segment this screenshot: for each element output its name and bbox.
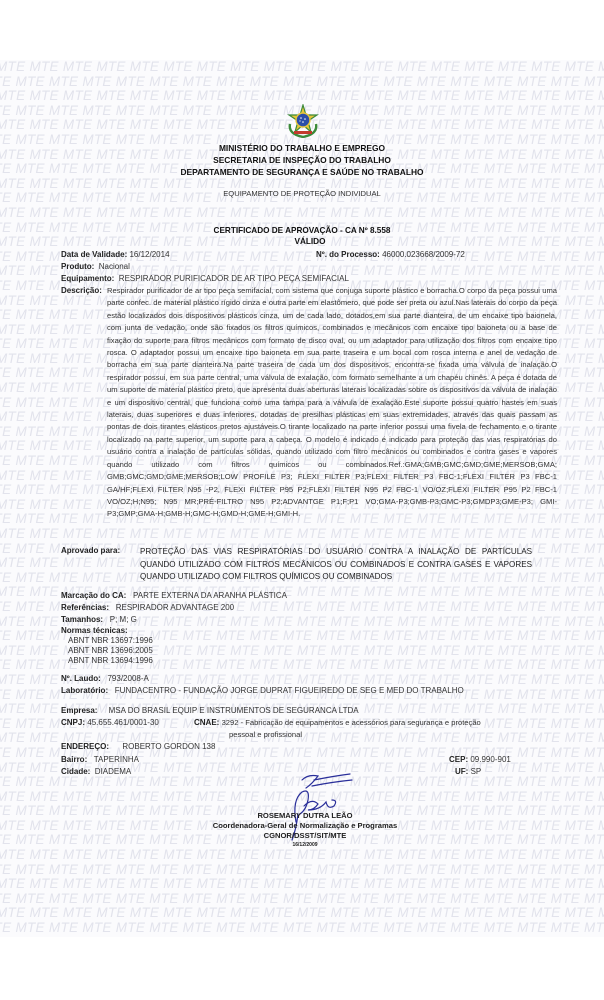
marking-label: Marcação do CA: [61, 591, 126, 600]
description-label: Descrição: [61, 286, 102, 295]
brazil-coat-of-arms-icon [286, 104, 320, 138]
process-label: Nº. do Processo: [316, 250, 380, 259]
lab-field: Laboratório: FUNDACENTRO - FUNDAÇÃO JORG… [61, 686, 464, 695]
product-value: Nacional [99, 262, 130, 271]
signatory-role: Coordenadora-Geral de Normalização e Pro… [180, 821, 430, 830]
signatory-unit: CGNOR/DSST/SIT/MTE [180, 831, 430, 840]
company-value: MSA DO BRASIL EQUIP E INSTRUMENTOS DE SE… [109, 706, 359, 715]
references-field: Referências: RESPIRADOR ADVANTAGE 200 [61, 603, 234, 612]
cnpj-label: CNPJ: [61, 718, 85, 727]
city-value: DIADEMA [95, 767, 131, 776]
process-value: 46000.023668/2009-72 [382, 250, 465, 259]
certificate-document: MINISTÉRIO DO TRABALHO E EMPREGO SECRETA… [0, 0, 604, 1000]
references-value: RESPIRADOR ADVANTAGE 200 [116, 603, 234, 612]
document-subtitle: EQUIPAMENTO DE PROTEÇÃO INDIVIDUAL [0, 189, 604, 198]
signature-date: 16/12/2009 [180, 842, 430, 848]
certificate-status: VÁLIDO [8, 237, 604, 246]
lab-value: FUNDACENTRO - FUNDAÇÃO JORGE DUPRAT FIGU… [115, 686, 464, 695]
equipment-field: Equipamento: RESPIRADOR PURIFICADOR DE A… [61, 274, 349, 283]
department-name: DEPARTAMENTO DE SEGURANÇA E SAÚDE NO TRA… [0, 167, 604, 177]
product-label: Produto: [61, 262, 94, 271]
standard-item: ABNT NBR 13697:1996 [68, 636, 153, 645]
address-field: ENDEREÇO: ROBERTO GORDON 138 [61, 742, 215, 751]
cep-field: CEP: 09.990-901 [449, 755, 511, 764]
district-field: Bairro: TAPERINHA [61, 755, 139, 764]
sizes-label: Tamanhos: [61, 615, 103, 624]
certificate-title: CERTIFICADO DE APROVAÇÃO - CA Nº 8.558 [0, 226, 604, 235]
references-label: Referências: [61, 603, 109, 612]
district-label: Bairro: [61, 755, 87, 764]
standards-label: Normas técnicas: [61, 626, 128, 635]
sizes-value: P; M; G [110, 615, 137, 624]
cnae-value-continued: pessoal e profissional [229, 730, 302, 739]
approved-for-label: Aprovado para: [61, 546, 120, 555]
validity-value: 16/12/2014 [129, 250, 169, 259]
lab-label: Laboratório: [61, 686, 108, 695]
signatory-name: ROSEMARY DUTRA LEÃO [180, 811, 430, 820]
marking-field: Marcação do CA: PARTE EXTERNA DA ARANHA … [61, 591, 287, 600]
validity-label: Data de Validade: [61, 250, 127, 259]
uf-value: SP [471, 767, 482, 776]
description-value: Respirador purificador de ar tipo peça s… [107, 285, 557, 521]
company-field: Empresa: MSA DO BRASIL EQUIP E INSTRUMEN… [61, 706, 359, 715]
equipment-value: RESPIRADOR PURIFICADOR DE AR TIPO PEÇA S… [119, 274, 349, 283]
city-field: Cidade: DIADEMA [61, 767, 131, 776]
process-field: Nº. do Processo: 46000.023668/2009-72 [316, 250, 465, 259]
company-label: Empresa: [61, 706, 97, 715]
city-label: Cidade: [61, 767, 90, 776]
cnpj-field: CNPJ: 45.655.461/0001-30 [61, 718, 159, 727]
cep-value: 09.990-901 [470, 755, 510, 764]
uf-label: UF: [455, 767, 468, 776]
address-label: ENDEREÇO: [61, 742, 109, 751]
report-label: Nº. Laudo: [61, 674, 101, 683]
sizes-field: Tamanhos: P; M; G [61, 615, 137, 624]
uf-field: UF: SP [455, 767, 481, 776]
standard-item: ABNT NBR 13694:1996 [68, 656, 153, 665]
address-value: ROBERTO GORDON 138 [122, 742, 215, 751]
cnae-label: CNAE: [194, 718, 219, 727]
marking-value: PARTE EXTERNA DA ARANHA PLÁSTICA [133, 591, 287, 600]
report-field: Nº. Laudo: 793/2008-A [61, 674, 149, 683]
cnae-value: 3292 - Fabricação de equipamentos e aces… [222, 718, 481, 727]
standard-item: ABNT NBR 13696:2005 [68, 646, 153, 655]
cnae-field: CNAE: 3292 - Fabricação de equipamentos … [194, 718, 481, 727]
cnpj-value: 45.655.461/0001-30 [87, 718, 159, 727]
report-value: 793/2008-A [107, 674, 148, 683]
district-value: TAPERINHA [94, 755, 139, 764]
equipment-label: Equipamento: [61, 274, 114, 283]
validity-field: Data de Validade: 16/12/2014 [61, 250, 170, 259]
product-field: Produto: Nacional [61, 262, 130, 271]
ministry-name: MINISTÉRIO DO TRABALHO E EMPREGO [0, 143, 604, 153]
cep-label: CEP: [449, 755, 468, 764]
secretariat-name: SECRETARIA DE INSPEÇÃO DO TRABALHO [0, 155, 604, 165]
approved-for-value: PROTEÇÃO DAS VIAS RESPIRATÓRIAS DO USUÁR… [140, 546, 532, 584]
